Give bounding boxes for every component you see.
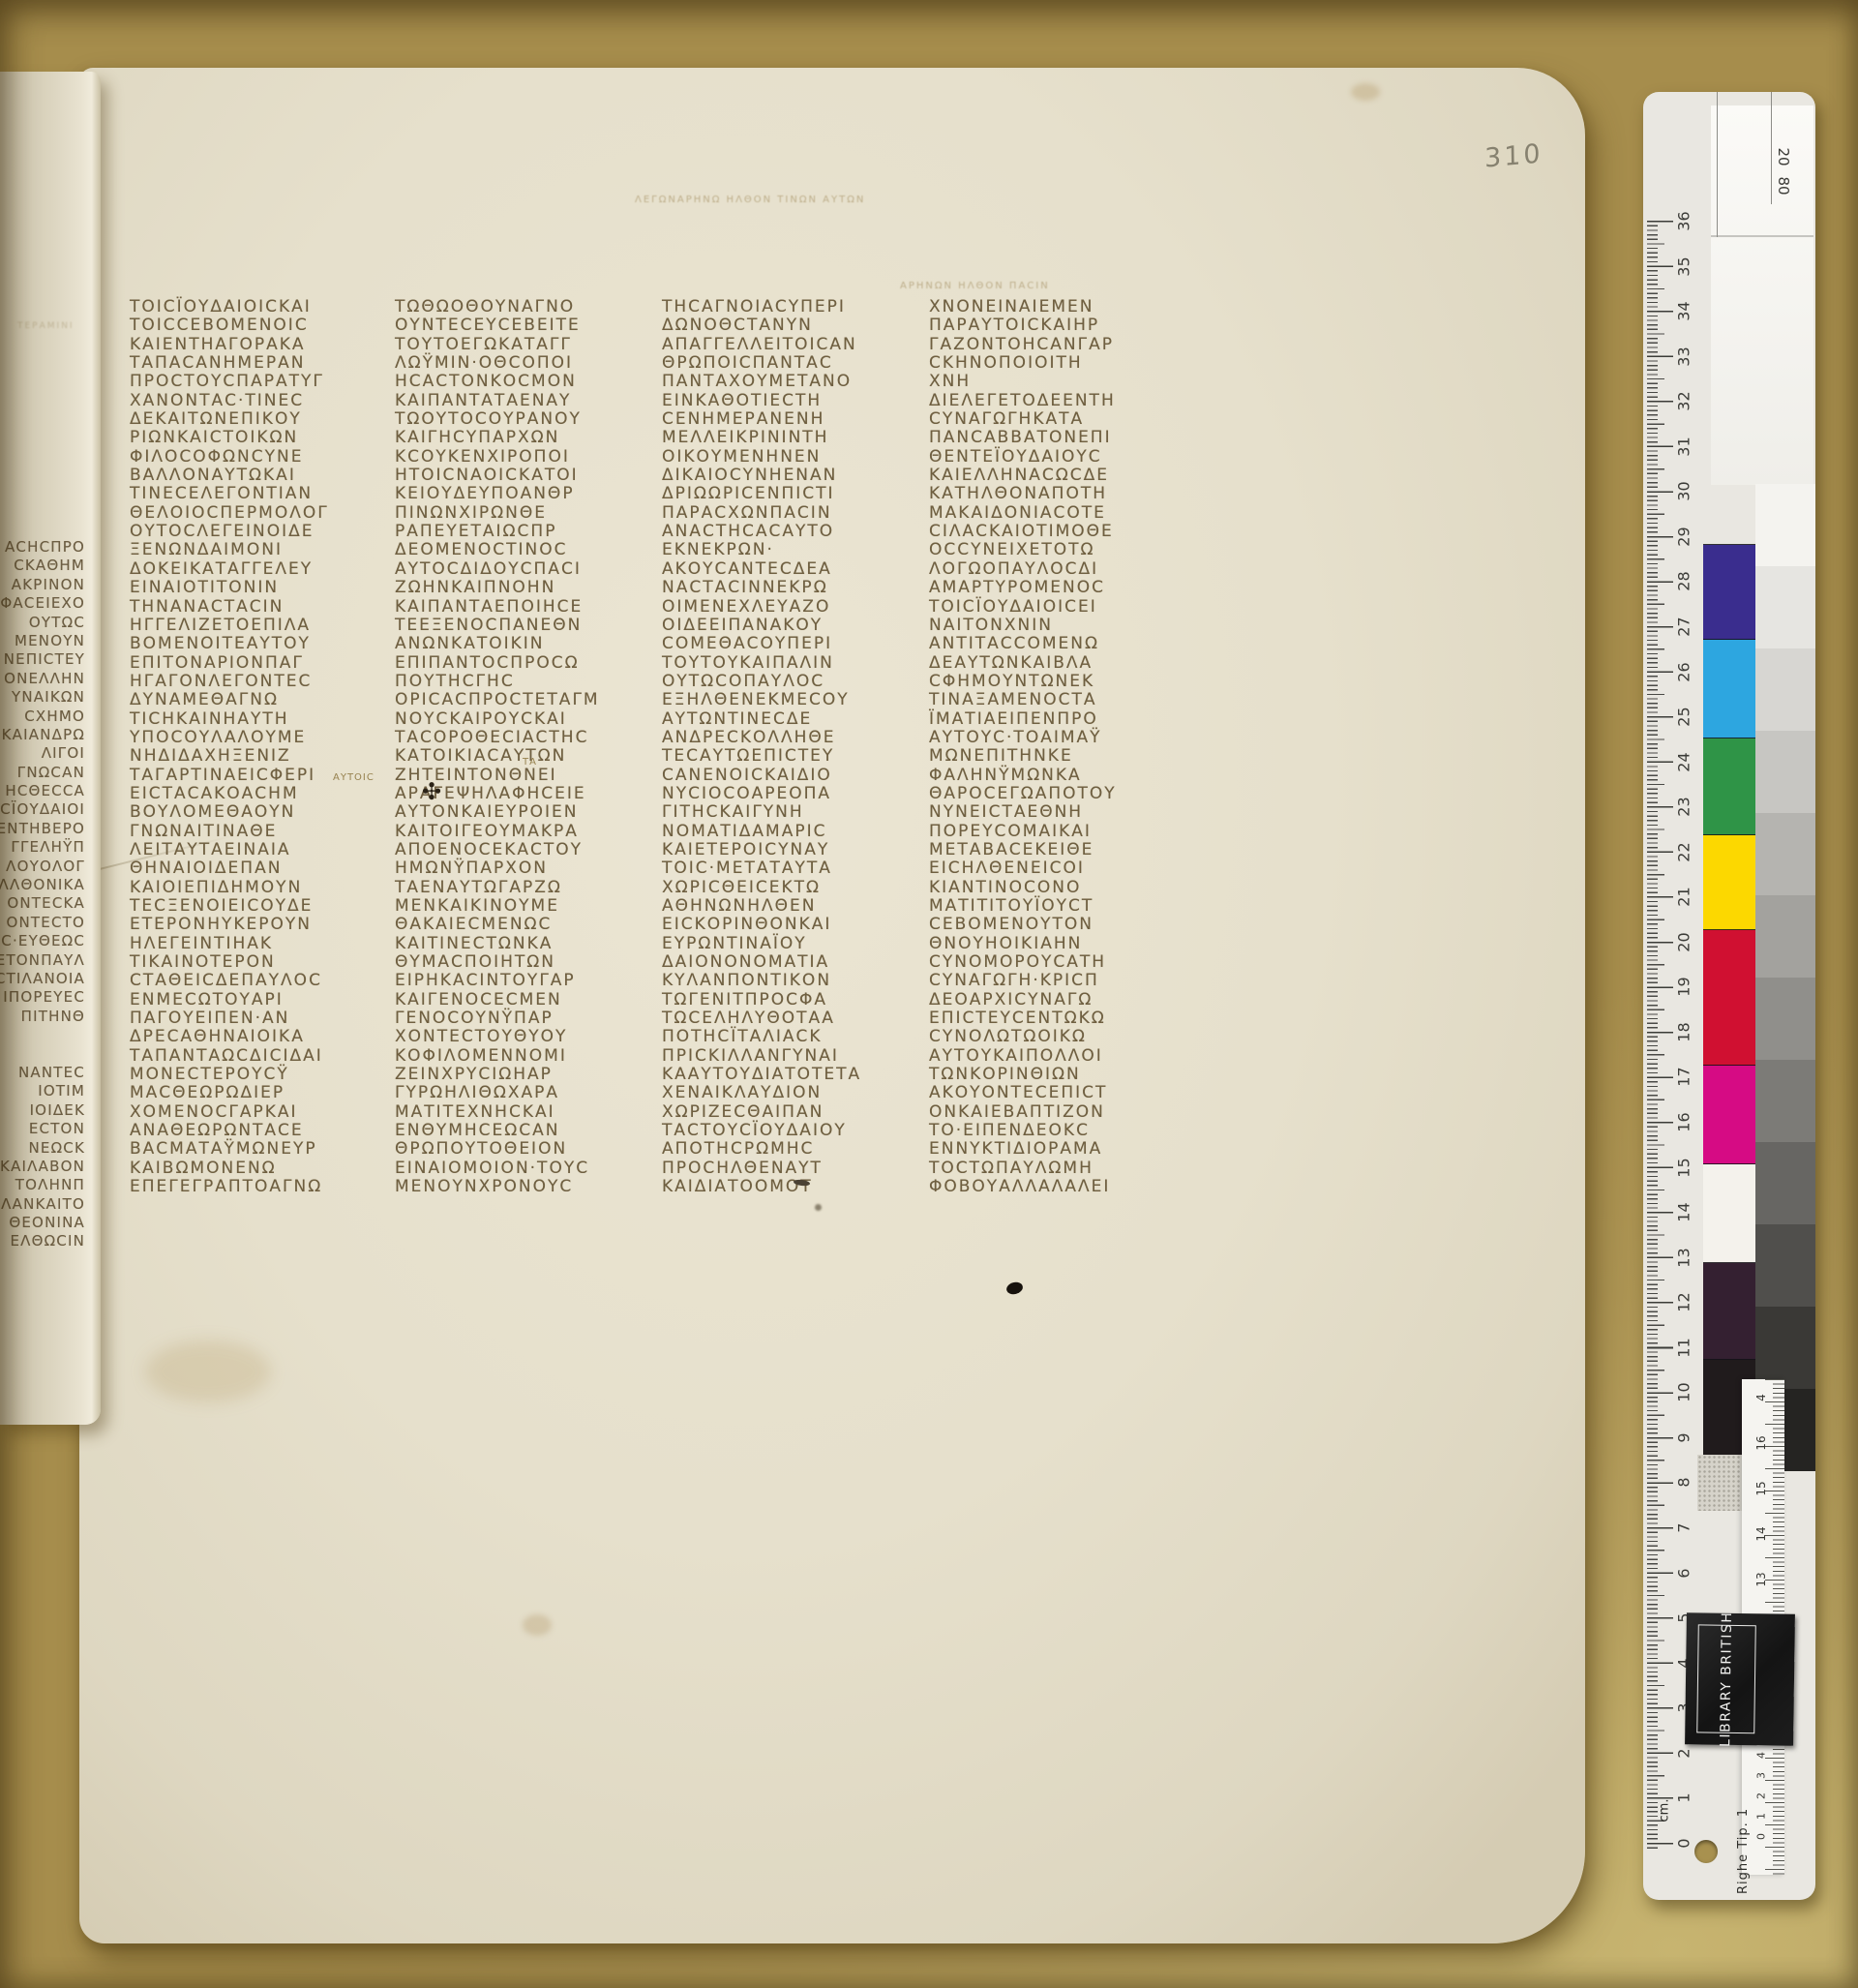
manuscript-text-line: ΕΞΗΛΘΕΝΕΚΜΕϹΟΥ [662, 691, 925, 709]
manuscript-text-line: ΘΕΛΟΙΟϹΠΕΡΜΟΛΟΓ [130, 504, 393, 523]
ruler-cm-number: 0 [1675, 1831, 1693, 1854]
manuscript-text-line: ΜΕΤΑΒΑϹΕΚΕΙΘΕ [929, 841, 1192, 859]
grayscale-step [1755, 1142, 1815, 1224]
fragment-text-line: ϹΧΗΜΟ [0, 708, 85, 726]
manuscript-text-line: ΜΑΤΙΤΙΤΟΥΪΟΥϹΤ [929, 897, 1192, 916]
manuscript-text-line: ΠΡΟϹΗΛΘΕΝΑΥΤ [662, 1160, 925, 1178]
ruler-cm-number: 19 [1675, 976, 1693, 999]
manuscript-text-line: ΔΡΕϹΑΘΗΝΑΙΟΙΚΑ [130, 1028, 393, 1046]
manuscript-text-line: ΛΕΙΤΑΥΤΑΕΙΝΑΙΑ [130, 841, 393, 859]
manuscript-text-line: ΟΝΚΑΙΕΒΑΠΤΙΖΟΝ [929, 1103, 1192, 1122]
fragment-text-line: ΛΟΥΟΛΟΓ [0, 858, 85, 876]
manuscript-text-line: ΑΥΤΩΝΤΙΝΕϹΔΕ [662, 710, 925, 729]
manuscript-text-line: ΟΥΝΤΕϹΕΥϹΕΒΕΙΤΕ [395, 316, 658, 335]
manuscript-text-line: ΟΙΔΕΕΙΠΑΝΑΚΟΥ [662, 617, 925, 635]
side-scale-number: 0 [1755, 1829, 1768, 1845]
interlinear-correction: ΑΥΤΟΙϹ [333, 772, 375, 783]
side-scale-number: 16 [1754, 1433, 1768, 1453]
grayscale-step [1755, 648, 1815, 731]
color-patch [1703, 1066, 1756, 1164]
fragment-text-line: ΝΕΠΙϹΤΕΥ [0, 650, 85, 669]
manuscript-text-line: ΤΕΕΞΕΝΟϹΠΑΝΕΘΝ [395, 617, 658, 635]
manuscript-text-line: ΠΟΡΕΥϹΟΜΑΙΚΑΙ [929, 823, 1192, 841]
ruler-cm-number: 8 [1675, 1471, 1693, 1494]
manuscript-text-line: ϹΕΝΗΜΕΡΑΝΕΝΗ [662, 410, 925, 429]
manuscript-text-line: ΧΟΜΕΝΟϹΓΑΡΚΑΙ [130, 1103, 393, 1122]
manuscript-text-line: ΕΙΝΑΙΟΜΟΙΟΝ·ΤΟΥϹ [395, 1160, 658, 1178]
ruler-cm-number: 30 [1675, 480, 1693, 503]
text-column-2: ΤΩΘΩΟΘΟΥΝΑΓΝΟΟΥΝΤΕϹΕΥϹΕΒΕΙΤΕΤΟΥΤΟΕΓΩΚΑΤΑ… [395, 298, 658, 1197]
manuscript-text-line: ΑΚΟΥϹΑΝΤΕϹΔΕΑ [662, 560, 925, 579]
manuscript-text-line: ΕΙϹΤΑϹΑΚΟΑϹΗΜ [130, 785, 393, 803]
manuscript-text-line: ΤΑϹΟΡΟΘΕϹΙΑϹΤΗϹ [395, 729, 658, 747]
fragment-text-line: ΥϹ·ΕΥΘΕΩϹ [0, 932, 85, 950]
fragment-text-line: ΛΛΘΟΝΙΚΑ [0, 876, 85, 894]
manuscript-text-line: ΘΝΟΥΗΟΙΚΙΑΗΝ [929, 935, 1192, 953]
manuscript-text-line: ΕΙΝΑΙΟΤΙΤΟΝΙΝ [130, 579, 393, 597]
manuscript-text-line: ΝΥϹΙΟϹΟΑΡΕΟΠΑ [662, 785, 925, 803]
marginal-cross-mark: ✣ [422, 778, 441, 805]
manuscript-text-line: ΧΕΝΑΙΚΛΑΥΔΙΟΝ [662, 1084, 925, 1102]
manuscript-text-line: ϹΟΜΕΘΑϹΟΥΠΕΡΙ [662, 635, 925, 653]
color-patch-strip [1703, 545, 1756, 1455]
color-patch [1703, 738, 1756, 835]
manuscript-text-line: ΤΟΥΤΟΥΚΑΙΠΑΛΙΝ [662, 654, 925, 673]
manuscript-text-line: ΔΕΑΥΤΩΝΚΑΙΒΛΑ [929, 654, 1192, 673]
manuscript-text-line: ΦΑΛΗΝΫΜΩΝΚΑ [929, 767, 1192, 785]
manuscript-text-line: ΗϹΑϹΤΟΝΚΟϹΜΟΝ [395, 373, 658, 391]
side-scale-number: 2 [1755, 1789, 1768, 1804]
manuscript-text-line: ΤΩϹΕΛΗΛΥΘΟΤΑΑ [662, 1009, 925, 1028]
text-column-4: ΧΝΟΝΕΙΝΑΙΕΜΕΝΠΑΡΑΥΤΟΙϹΚΑΙΗΡΓΑΖΟΝΤΟΗϹΑΝΓΑ… [929, 298, 1192, 1197]
manuscript-text-line: ΓΕΝΟϹΟΥΝΫΠΑΡ [395, 1009, 658, 1028]
text-column-1: ΤΟΙϹΪΟΥΔΑΙΟΙϹΚΑΙΤΟΙϹϹΕΒΟΜΕΝΟΙϹΚΑΙΕΝΤΗΑΓΟ… [130, 298, 393, 1197]
british-library-label: LIBRARY BRITISH [1718, 1611, 1735, 1747]
manuscript-text-line: ΑΜΑΡΤΥΡΟΜΕΝΟϹ [929, 579, 1192, 597]
ruler-cm-number: 31 [1675, 435, 1693, 458]
manuscript-text-line: ΟΥΤΩϹΟΠΑΥΛΟϹ [662, 673, 925, 691]
fragment-text-line: ΕΤΟΝΠΑΥΛ [0, 951, 85, 970]
color-patch [1703, 1263, 1756, 1360]
manuscript-text-line: ϹΙΛΑϹΚΑΙΟΤΙΜΟΘΕ [929, 523, 1192, 541]
manuscript-text-line: ΠΑΡΑϹΧΩΝΠΑϹΙΝ [662, 504, 925, 523]
fragment-text-line: ΙΠΟΡΕΥΕϹ [0, 988, 85, 1007]
manuscript-text-line: ΚΑΑΥΤΟΥΔΙΑΤΟΤΕΤΑ [662, 1066, 925, 1084]
manuscript-text-line: ΑΝΤΙΤΑϹϹΟΜΕΝΩ [929, 635, 1192, 653]
manuscript-text-line: ΤΟΙϹΪΟΥΔΑΙΟΙϹΚΑΙ [130, 298, 393, 316]
manuscript-text-line: ΤΙΝΕϹΕΛΕΓΟΝΤΙΑΝ [130, 485, 393, 503]
manuscript-text-line: ΤΕϹΑΥΤΩΕΠΙϹΤΕΥ [662, 747, 925, 766]
manuscript-text-line: ΚΕΙΟΥΔΕΥΠΟΑΝΘΡ [395, 485, 658, 503]
manuscript-text-line: ΑΝΩΝΚΑΤΟΙΚΙΝ [395, 635, 658, 653]
grayscale-step [1755, 566, 1815, 648]
manuscript-text-line: ΗΜΩΝΫΠΑΡΧΟΝ [395, 859, 658, 878]
manuscript-text-line: ΤΟΙϹϹΕΒΟΜΕΝΟΙϹ [130, 316, 393, 335]
fragment-text-line: ΑϹΗϹΠΡΟ [0, 538, 85, 557]
ruler-seam [1711, 235, 1813, 237]
color-patch [1703, 1164, 1756, 1263]
ruler-cm-number: 18 [1675, 1020, 1693, 1043]
ruler-cm-number: 34 [1675, 300, 1693, 323]
manuscript-text-line: ΓΥΡΩΗΛΙΘΩΧΑΡΑ [395, 1084, 658, 1102]
manuscript-text-line: ΑΚΟΥΟΝΤΕϹΕΠΙϹΤ [929, 1084, 1192, 1102]
ruler-cm-number: 9 [1675, 1426, 1693, 1449]
manuscript-text-line: ΜΟΝΕϹΤΕΡΟΥϹΫ [130, 1066, 393, 1084]
manuscript-text-line: ΑΠΟΕΝΟϹΕΚΑϹΤΟΥ [395, 841, 658, 859]
fragment-text-line: ΓΝΩϹΑΝ [0, 764, 85, 782]
manuscript-text-line: ΓΙΤΗϹΚΑΙΓΥΝΗ [662, 803, 925, 822]
fragment-text-line: ϹΤΙΛΑΝΟΙΑ [0, 970, 85, 988]
manuscript-text-line: ΤΩΝΚΟΡΙΝΘΙΩΝ [929, 1066, 1192, 1084]
british-library-tab: LIBRARY BRITISH [1685, 1612, 1795, 1746]
manuscript-text-line: ΤΩΘΩΟΘΟΥΝΑΓΝΟ [395, 298, 658, 316]
manuscript-text-line: ΔΩΝΟΘϹΤΑΝΥΝ [662, 316, 925, 335]
manuscript-text-line: ΠΑΓΟΥΕΙΠΕΝ·ΑΝ [130, 1009, 393, 1028]
ruler-cm-number: 2 [1675, 1741, 1693, 1764]
manuscript-text-line: ΚΥΛΑΝΠΟΝΤΙΚΟΝ [662, 972, 925, 990]
velcro-patch [1697, 1455, 1744, 1511]
ruler-cm-number: 36 [1675, 210, 1693, 233]
manuscript-text-line: ϹΤΑΘΕΙϹΔΕΠΑΥΛΟϹ [130, 972, 393, 990]
manuscript-text-line: ΚΑΙΠΑΝΤΑΤΑΕΝΑΥ [395, 392, 658, 410]
manuscript-text-line: ΧΑΝΟΝΤΑϹ·ΤΙΝΕϹ [130, 392, 393, 410]
manuscript-text-line: ΕΝΜΕϹΩΤΟΥΑΡΙ [130, 991, 393, 1009]
manuscript-text-line: ΧΟΝΤΕϹΤΟΥΘΥΟΥ [395, 1028, 658, 1046]
manuscript-text-line: ΤΙΚΑΙΝΟΤΕΡΟΝ [130, 953, 393, 972]
manuscript-text-line: ΤΑΠΑΝΤΑΩϹΔΙϹΙΔΑΙ [130, 1047, 393, 1066]
fragment-text-line: ΟΝΕΛΛΗΝ [0, 670, 85, 688]
manuscript-text-line: ΑΥΤΟΝΚΑΙΕΥΡΟΙΕΝ [395, 803, 658, 822]
manuscript-text-line: ΜΑϹΘΕΩΡΩΔΙΕΡ [130, 1084, 393, 1102]
grayscale-step [1755, 813, 1815, 895]
side-scale-number: 14 [1754, 1524, 1768, 1544]
manuscript-text-line: ΜΕΝΚΑΙΚΙΝΟΥΜΕ [395, 897, 658, 916]
manuscript-text-line: ϹΚΗΝΟΠΟΙΟΙΤΗ [929, 354, 1192, 373]
side-scale-number: 1 [1755, 1809, 1768, 1824]
manuscript-text-line: ΤΙϹΗΚΑΙΝΗΑΥΤΗ [130, 710, 393, 729]
manuscript-text-line: ΑΝΑΘΕΩΡΩΝΤΑϹΕ [130, 1122, 393, 1140]
fragment-text-line: ΚΑΙΛΑΒΟΝ [0, 1158, 85, 1176]
manuscript-text-line: ΔΙΚΑΙΟϹΥΝΗΕΝΑΝ [662, 467, 925, 485]
previous-folio-edge: ΤΕΡΑΜΙΝΙ ΑϹΗϹΠΡΟϹΚΑΘΗΜΑΚΡΙΝΟΝΦΑϹΕΙΕΧΟΟΥΤ… [0, 72, 101, 1425]
manuscript-text-line: ΚΑΙΓΕΝΟϹΕϹΜΕΝ [395, 991, 658, 1009]
manuscript-text-line: ΑΠΟΤΗϹΡΩΜΗϹ [662, 1140, 925, 1159]
side-scale-number: 3 [1755, 1768, 1768, 1784]
grayscale-step [1755, 1307, 1815, 1389]
manuscript-text-line: ΔΑΙΟΝΟΝΟΜΑΤΙΑ [662, 953, 925, 972]
manuscript-text-line: ΔΕΟΜΕΝΟϹΤΙΝΟϹ [395, 541, 658, 559]
manuscript-text-line: ΧΩΡΙΖΕϹΘΑΙΠΑΝ [662, 1103, 925, 1122]
manuscript-text-line: ϹΥΝΟΜΟΡΟΥϹΑΤΗ [929, 953, 1192, 972]
manuscript-text-line: ΠΙΝΩΝΧΙΡΩΝΘΕ [395, 504, 658, 523]
manuscript-text-line: ΝΟΥϹΚΑΙΡΟΥϹΚΑΙ [395, 710, 658, 729]
fragment-text-line: ΦΑϹΕΙΕΧΟ [0, 594, 85, 613]
british-library-label-box: LIBRARY BRITISH [1696, 1624, 1756, 1733]
manuscript-text-line: ΜΕΝΟΥΝΧΡΟΝΟΥϹ [395, 1178, 658, 1196]
manuscript-text-line: ΝΟΜΑΤΙΔΑΜΑΡΙϹ [662, 823, 925, 841]
manuscript-text-line: ΜΑΤΙΤΕΧΝΗϹΚΑΙ [395, 1103, 658, 1122]
side-scale-number: 13 [1754, 1570, 1768, 1589]
manuscript-text-line: ΟϹϹΥΝΕΙΧΕΤΟΤΩ [929, 541, 1192, 559]
manuscript-text-line: ΕΠΕΓΕΓΡΑΠΤΟΑΓΝΩ [130, 1178, 393, 1196]
fragment-text-line: ΕΛΘΩϹΙΝ [0, 1232, 85, 1250]
ruler-cm-number: 28 [1675, 570, 1693, 593]
side-scale-number: 15 [1754, 1479, 1768, 1498]
ruler-cm-number: 15 [1675, 1156, 1693, 1179]
manuscript-text-line: ΟΙΜΕΝΕΧΛΕΥΑΖΟ [662, 598, 925, 617]
ghost-ink-offset-line: ΑΡΗΝΩΝ ΗΛΘΟΝ ΠΑϹΙΝ [900, 281, 1050, 291]
manuscript-text-line: ΚΑΙΕΤΕΡΟΙϹΥΝΑΥ [662, 841, 925, 859]
fragment-text-line: ΕϹΤΟΝ [0, 1120, 85, 1138]
manuscript-text-line: ΡΙΩΝΚΑΙϹΤΟΙΚΩΝ [130, 429, 393, 447]
fragment-text-line [0, 1026, 85, 1044]
grayscale-step [1755, 895, 1815, 978]
ruler-cm-number: 25 [1675, 706, 1693, 729]
manuscript-text-line: ΤΑΕΝΑΥΤΩΓΑΡΖΩ [395, 879, 658, 897]
manuscript-text-line: ΚΑΙΒΩΜΟΝΕΝΩ [130, 1160, 393, 1178]
fragment-text-line: ΤΟΛΗΝΠ [0, 1176, 85, 1194]
manuscript-text-line: ΑΥΤΟΥϹ·ΤΟΑΙΜΑΫ [929, 729, 1192, 747]
text-column-3: ΤΗϹΑΓΝΟΙΑϹΥΠΕΡΙΔΩΝΟΘϹΤΑΝΥΝΑΠΑΓΓΕΛΛΕΙΤΟΙϹ… [662, 298, 925, 1197]
fragment-text-line: ΙΟΤΙΜ [0, 1082, 85, 1100]
manuscript-text-line: ΤΑϹΤΟΥϹΪΟΥΔΑΙΟΥ [662, 1122, 925, 1140]
ruler-cm-number: 6 [1675, 1561, 1693, 1584]
ruler-cm-number: 10 [1675, 1381, 1693, 1404]
manuscript-text-line: ΧΝΟΝΕΙΝΑΙΕΜΕΝ [929, 298, 1192, 316]
manuscript-text-line: ΤΕϹΞΕΝΟΙΕΙϹΟΥΔΕ [130, 897, 393, 916]
fragment-text-line: ΟΥΤΩϹ [0, 614, 85, 632]
manuscript-text-line: ϹΦΗΜΟΥΝΤΩΝΕΚ [929, 673, 1192, 691]
fragment-text-line: ΛΑΝΚΑΙΤΟ [0, 1195, 85, 1214]
manuscript-text-line: ΚΑΙΕΝΤΗΑΓΟΡΑΚΑ [130, 336, 393, 354]
manuscript-text-line: ΥΠΟϹΟΥΛΑΛΟΥΜΕ [130, 729, 393, 747]
manuscript-text-line: ΧΝΗ [929, 373, 1192, 391]
manuscript-text-line: ΘΗΝΑΙΟΙΔΕΠΑΝ [130, 859, 393, 878]
manuscript-text-line: ϹΥΝΑΓΩΓΗ·ΚΡΙϹΠ [929, 972, 1192, 990]
fragment-text-line: ΘΕΟΝΙΝΑ [0, 1214, 85, 1232]
manuscript-text-line: ΕΠΙΤΟΝΑΡΙΟΝΠΑΓ [130, 654, 393, 673]
manuscript-text-line: ΔΟΚΕΙΚΑΤΑΓΓΕΛΕΥ [130, 560, 393, 579]
manuscript-text-line: ΔΥΝΑΜΕΘΑΓΝΩ [130, 691, 393, 709]
manuscript-text-line: ΚΟΦΙΛΟΜΕΝΝΟΜΙ [395, 1047, 658, 1066]
manuscript-text-line: ΠΟΥΤΗϹΓΗϹ [395, 673, 658, 691]
ruler-cm-number: 21 [1675, 886, 1693, 909]
ruler-cm-number: 1 [1675, 1787, 1693, 1810]
manuscript-text-line: ΕΙΡΗΚΑϹΙΝΤΟΥΓΑΡ [395, 972, 658, 990]
righe-scale-label: Righe Tip. 1 [1736, 1808, 1751, 1894]
manuscript-text-line: ΗΛΕΓΕΙΝΤΙΗΑΚ [130, 935, 393, 953]
ruler-cm-number: 24 [1675, 750, 1693, 773]
ghost-ink-offset-line: ΛΕΓΩΝΑΡΗΝΩ ΗΛΘΟΝ ΤΙΝΩΝ ΑΥΤΩΝ [635, 195, 865, 205]
manuscript-text-line: ΤΩΟΥΤΟϹΟΥΡΑΝΟΥ [395, 410, 658, 429]
fragment-text-line: ϹΚΑΘΗΜ [0, 557, 85, 575]
ruler-divider-line [1717, 92, 1718, 237]
manuscript-text-line: ΕΙϹΗΛΘΕΝΕΙϹΟΙ [929, 859, 1192, 878]
manuscript-text-line: ΒΑΛΛΟΝΑΥΤΩΚΑΙ [130, 467, 393, 485]
manuscript-text-line: ΚΑΙΠΑΝΤΑΕΠΟΙΗϹΕ [395, 598, 658, 617]
manuscript-text-line: ΑΥΤΟϹΔΙΔΟΥϹΠΑϹΙ [395, 560, 658, 579]
fragment-text-line: ΥΝΑΙΚΩΝ [0, 688, 85, 707]
manuscript-text-line: ΜΑΚΑΙΔΟΝΙΑϹΟΤΕ [929, 504, 1192, 523]
fragment-text-line: ΚΑΙΑΝΔΡΩ [0, 726, 85, 744]
ruler-cm-number: 32 [1675, 390, 1693, 413]
manuscript-text-line: ΦΙΛΟϹΟΦΩΝϹΥΝΕ [130, 448, 393, 467]
manuscript-text-line: ΤΗΝΑΝΑϹΤΑϹΙΝ [130, 598, 393, 617]
manuscript-text-line: ΓΑΖΟΝΤΟΗϹΑΝΓΑΡ [929, 336, 1192, 354]
manuscript-text-line: ΖΩΗΝΚΑΙΠΝΟΗΝ [395, 579, 658, 597]
manuscript-text-line: ΪΜΑΤΙΑΕΙΠΕΝΠΡΟ [929, 710, 1192, 729]
manuscript-text-line: ΒΑϹΜΑΤΑΫΜΩΝΕΥΡ [130, 1140, 393, 1159]
manuscript-text-line: ΝΥΝΕΙϹΤΑΕΘΝΗ [929, 803, 1192, 822]
manuscript-text-line: ΚΑΙΓΗϹΥΠΑΡΧΩΝ [395, 429, 658, 447]
fragment-text-line: ΙΟΙΔΕΚ [0, 1101, 85, 1120]
manuscript-text-line: ΤΟΙϹΪΟΥΔΑΙΟΙϹΕΙ [929, 598, 1192, 617]
manuscript-text-line: ΟΡΙϹΑϹΠΡΟϹΤΕΤΑΓΜ [395, 691, 658, 709]
manuscript-text-line: ΝΗΔΙΔΑΧΗΞΕΝΙΖ [130, 747, 393, 766]
faded-ink-smudge: ΤΕΡΑΜΙΝΙ [17, 321, 75, 331]
manuscript-text-line: ΔΕΚΑΙΤΩΝΕΠΙΚΟΥ [130, 410, 393, 429]
ruler-top-scale-number: 20 [1775, 142, 1792, 171]
manuscript-text-line: ΘΡΩΠΟΙϹΠΑΝΤΑϹ [662, 354, 925, 373]
fragment-text-line: ΟΝΤΕϹΤΟ [0, 914, 85, 932]
ruler-cm-number: 11 [1675, 1336, 1693, 1359]
ruler-cm-number: 12 [1675, 1291, 1693, 1314]
manuscript-text-line: ΗΓΑΓΟΝΛΕΓΟΝΤΕϹ [130, 673, 393, 691]
manuscript-text-line: ΚΑΙΕΛΛΗΝΑϹΩϹΔΕ [929, 467, 1192, 485]
grayscale-step [1755, 1060, 1815, 1142]
fragment-text-line: ΜΕΝΟΥΝ [0, 632, 85, 650]
manuscript-text-line: ΠΑΝΤΑΧΟΥΜΕΤΑΝΟ [662, 373, 925, 391]
manuscript-text-line: ϹΥΝΟΛΩΤΩΟΙΚΩ [929, 1028, 1192, 1046]
fragment-text-line: ΝΕΩϹΚ [0, 1139, 85, 1158]
ruler-top-scale-number: 80 [1775, 171, 1792, 200]
manuscript-text-line: ΓΝΩΝΑΙΤΙΝΑΘΕ [130, 823, 393, 841]
fragment-text-line: ΠΙΤΗΝΘ [0, 1008, 85, 1026]
fragment-text-line: ΓΓΕΛΗΫΠ [0, 838, 85, 857]
manuscript-text-line: ΚΑΙΤΙΝΕϹΤΩΝΚΑ [395, 935, 658, 953]
manuscript-text-line: ΔΡΙΩΩΡΙϹΕΝΠΙϹΤΙ [662, 485, 925, 503]
manuscript-text-line: ΤΟϹΤΩΠΑΥΛΩΜΗ [929, 1160, 1192, 1178]
manuscript-text-line: ΒΟΜΕΝΟΙΤΕΑΥΤΟΥ [130, 635, 393, 653]
ruler-cm-number: 13 [1675, 1246, 1693, 1269]
side-scale-number: 4 [1755, 1748, 1768, 1763]
ruler-cm-number: 23 [1675, 796, 1693, 819]
ruler-divider-line [1771, 92, 1772, 204]
ruler-cm-number: 16 [1675, 1111, 1693, 1134]
manuscript-text-line: ΤΟ·ΕΙΠΕΝΔΕΟΚϹ [929, 1122, 1192, 1140]
manuscript-text-line: ΜΩΝΕΠΙΤΗΝΚΕ [929, 747, 1192, 766]
manuscript-text-line: ΛΟΓΩΟΠΑΥΛΟϹΔΙ [929, 560, 1192, 579]
grayscale-step [1755, 731, 1815, 813]
ruler-cm-number: 20 [1675, 930, 1693, 953]
calibration-ruler-card: 20 80 3635343332313029282726252423222120… [1643, 92, 1815, 1900]
manuscript-text-line: ΤΟΥΤΟΕΓΩΚΑΤΑΓΓ [395, 336, 658, 354]
brand-word: LIBRARY [1718, 1681, 1734, 1747]
manuscript-text-line: ΜΕΛΛΕΙΚΡΙΝΙΝΤΗ [662, 429, 925, 447]
previous-folio-text: ΑϹΗϹΠΡΟϹΚΑΘΗΜΑΚΡΙΝΟΝΦΑϹΕΙΕΧΟΟΥΤΩϹΜΕΝΟΥΝΝ… [0, 538, 85, 1251]
manuscript-text-line: ΘΕΝΤΕΪΟΥΔΑΙΟΥϹ [929, 448, 1192, 467]
manuscript-text-line: ΤΑΠΑϹΑΝΗΜΕΡΑΝ [130, 354, 393, 373]
manuscript-text-line: ΘΥΜΑϹΠΟΙΗΤΩΝ [395, 953, 658, 972]
fragment-text-line: ΗϹΘΕϹϹΑ [0, 782, 85, 800]
manuscript-text-line: ΚΑΤΗΛΘΟΝΑΠΟΤΗ [929, 485, 1192, 503]
manuscript-text-line: ΤΙΝΑΞΑΜΕΝΟϹΤΑ [929, 691, 1192, 709]
manuscript-text-line: ΕΠΙϹΤΕΥϹΕΝΤΩΚΩ [929, 1009, 1192, 1028]
fragment-text-line: ϹΪΟΥΔΑΙΟΙ [0, 800, 85, 819]
manuscript-text-line: ΔΙΕΛΕΓΕΤΟΔΕΕΝΤΗ [929, 392, 1192, 410]
manuscript-text-line: ΗΓΓΕΛΙΖΕΤΟΕΠΙΛΑ [130, 617, 393, 635]
ruler-cm-number: 7 [1675, 1516, 1693, 1539]
ruler-cm-number: 35 [1675, 255, 1693, 278]
manuscript-text-line: ΘΑΚΑΙΕϹΜΕΝΩϹ [395, 916, 658, 934]
manuscript-text-line: ΕΝΘΥΜΗϹΕΩϹΑΝ [395, 1122, 658, 1140]
fragment-text-line: ΟΝΤΕϹΚΑ [0, 894, 85, 913]
manuscript-text-line: ΧΩΡΙϹΘΕΙϹΕΚΤΩ [662, 879, 925, 897]
manuscript-text-line: ΤΗϹΑΓΝΟΙΑϹΥΠΕΡΙ [662, 298, 925, 316]
manuscript-text-line: ΞΕΝΩΝΔΑΙΜΟΝΙ [130, 541, 393, 559]
cm-unit-label: cm. [1657, 1799, 1671, 1822]
manuscript-text-line: ΑΥΤΟΥΚΑΙΠΟΛΛΟΙ [929, 1047, 1192, 1066]
manuscript-text-line: ΦΟΒΟΥΑΛΛΑΛΑΛΕΙ [929, 1178, 1192, 1196]
manuscript-text-line: ΚΙΑΝΤΙΝΟϹΟΝΟ [929, 879, 1192, 897]
fragment-text-line: ΝΑΝΤΕϹ [0, 1064, 85, 1082]
folio-page-number: 310 [1484, 138, 1543, 173]
ruler-cm-number: 17 [1675, 1066, 1693, 1089]
color-patch [1703, 545, 1756, 640]
manuscript-text-line: ΛΩΫΜΙΝ·ΟΘϹΟΠΟΙ [395, 354, 658, 373]
color-patch [1703, 835, 1756, 930]
manuscript-text-line: ΖΕΙΝΧΡΥϹΙΩΗΑΡ [395, 1066, 658, 1084]
manuscript-text-line: ΠΡΟϹΤΟΥϹΠΑΡΑΤΥΓ [130, 373, 393, 391]
ruler-punch-hole [1694, 1840, 1718, 1863]
manuscript-text-line: ΕΠΙΠΑΝΤΟϹΠΡΟϹΩ [395, 654, 658, 673]
manuscript-text-line: ΔΕΟΑΡΧΙϹΥΝΑΓΩ [929, 991, 1192, 1009]
manuscript-text-line: ϹΥΝΑΓΩΓΗΚΑΤΑ [929, 410, 1192, 429]
manuscript-text-line: ΤΩΓΕΝΙΤΠΡΟϹΦΑ [662, 991, 925, 1009]
manuscript-text-line: ΚϹΟΥΚΕΝΧΙΡΟΠΟΙ [395, 448, 658, 467]
manuscript-text-line: ΠΑΝϹΑΒΒΑΤΟΝΕΠΙ [929, 429, 1192, 447]
manuscript-text-line: ΕΙϹΚΟΡΙΝΘΟΝΚΑΙ [662, 916, 925, 934]
side-scale-number: 4 [1754, 1388, 1768, 1407]
manuscript-text-line: ΟΥΤΟϹΛΕΓΕΙΝΟΙΔΕ [130, 523, 393, 541]
manuscript-text-line: ΒΟΥΛΟΜΕΘΑΟΥΝ [130, 803, 393, 822]
manuscript-text-line: ΠΑΡΑΥΤΟΙϹΚΑΙΗΡ [929, 316, 1192, 335]
brand-word: BRITISH [1719, 1611, 1735, 1675]
manuscript-text-line: ΚΑΙΤΟΙΓΕΟΥΜΑΚΡΑ [395, 823, 658, 841]
manuscript-text-line: ΕΤΕΡΟΝΗΥΚΕΡΟΥΝ [130, 916, 393, 934]
manuscript-text-line: ΚΑΙΟΙΕΠΙΔΗΜΟΥΝ [130, 879, 393, 897]
ruler-cm-number: 27 [1675, 615, 1693, 638]
manuscript-text-line: ΕΚΝΕΚΡΩΝ· [662, 541, 925, 559]
manuscript-text-line: ΝΑϹΤΑϹΙΝΝΕΚΡΩ [662, 579, 925, 597]
color-patch [1703, 930, 1756, 1066]
manuscript-text-line: ΟΙΚΟΥΜΕΝΗΝΕΝ [662, 448, 925, 467]
manuscript-text-line: ΝΑΙΤΟΝΧΝΙΝ [929, 617, 1192, 635]
manuscript-text-line: ΑΠΑΓΓΕΛΛΕΙΤΟΙϹΑΝ [662, 336, 925, 354]
manuscript-text-line: ΕΝΝΥΚΤΙΔΙΟΡΑΜΑ [929, 1140, 1192, 1159]
manuscript-text-line: ΘΑΡΟϹΕΓΩΑΠΟΤΟΥ [929, 785, 1192, 803]
manuscript-text-line: ΑΘΗΝΩΝΗΛΘΕΝ [662, 897, 925, 916]
fragment-text-line: ΛΙΓΟΙ [0, 744, 85, 763]
manuscript-text-line: ΠΟΤΗϹΪΤΑΛΙΑϹΚ [662, 1028, 925, 1046]
ruler-cm-number: 33 [1675, 345, 1693, 368]
fragment-text-line: ΑΚΡΙΝΟΝ [0, 576, 85, 594]
grayscale-strip [1755, 484, 1815, 1471]
grayscale-step [1755, 484, 1815, 566]
color-patch [1703, 640, 1756, 738]
fragment-text-line [0, 1045, 85, 1064]
interlinear-correction: ΤΑ [523, 757, 537, 768]
